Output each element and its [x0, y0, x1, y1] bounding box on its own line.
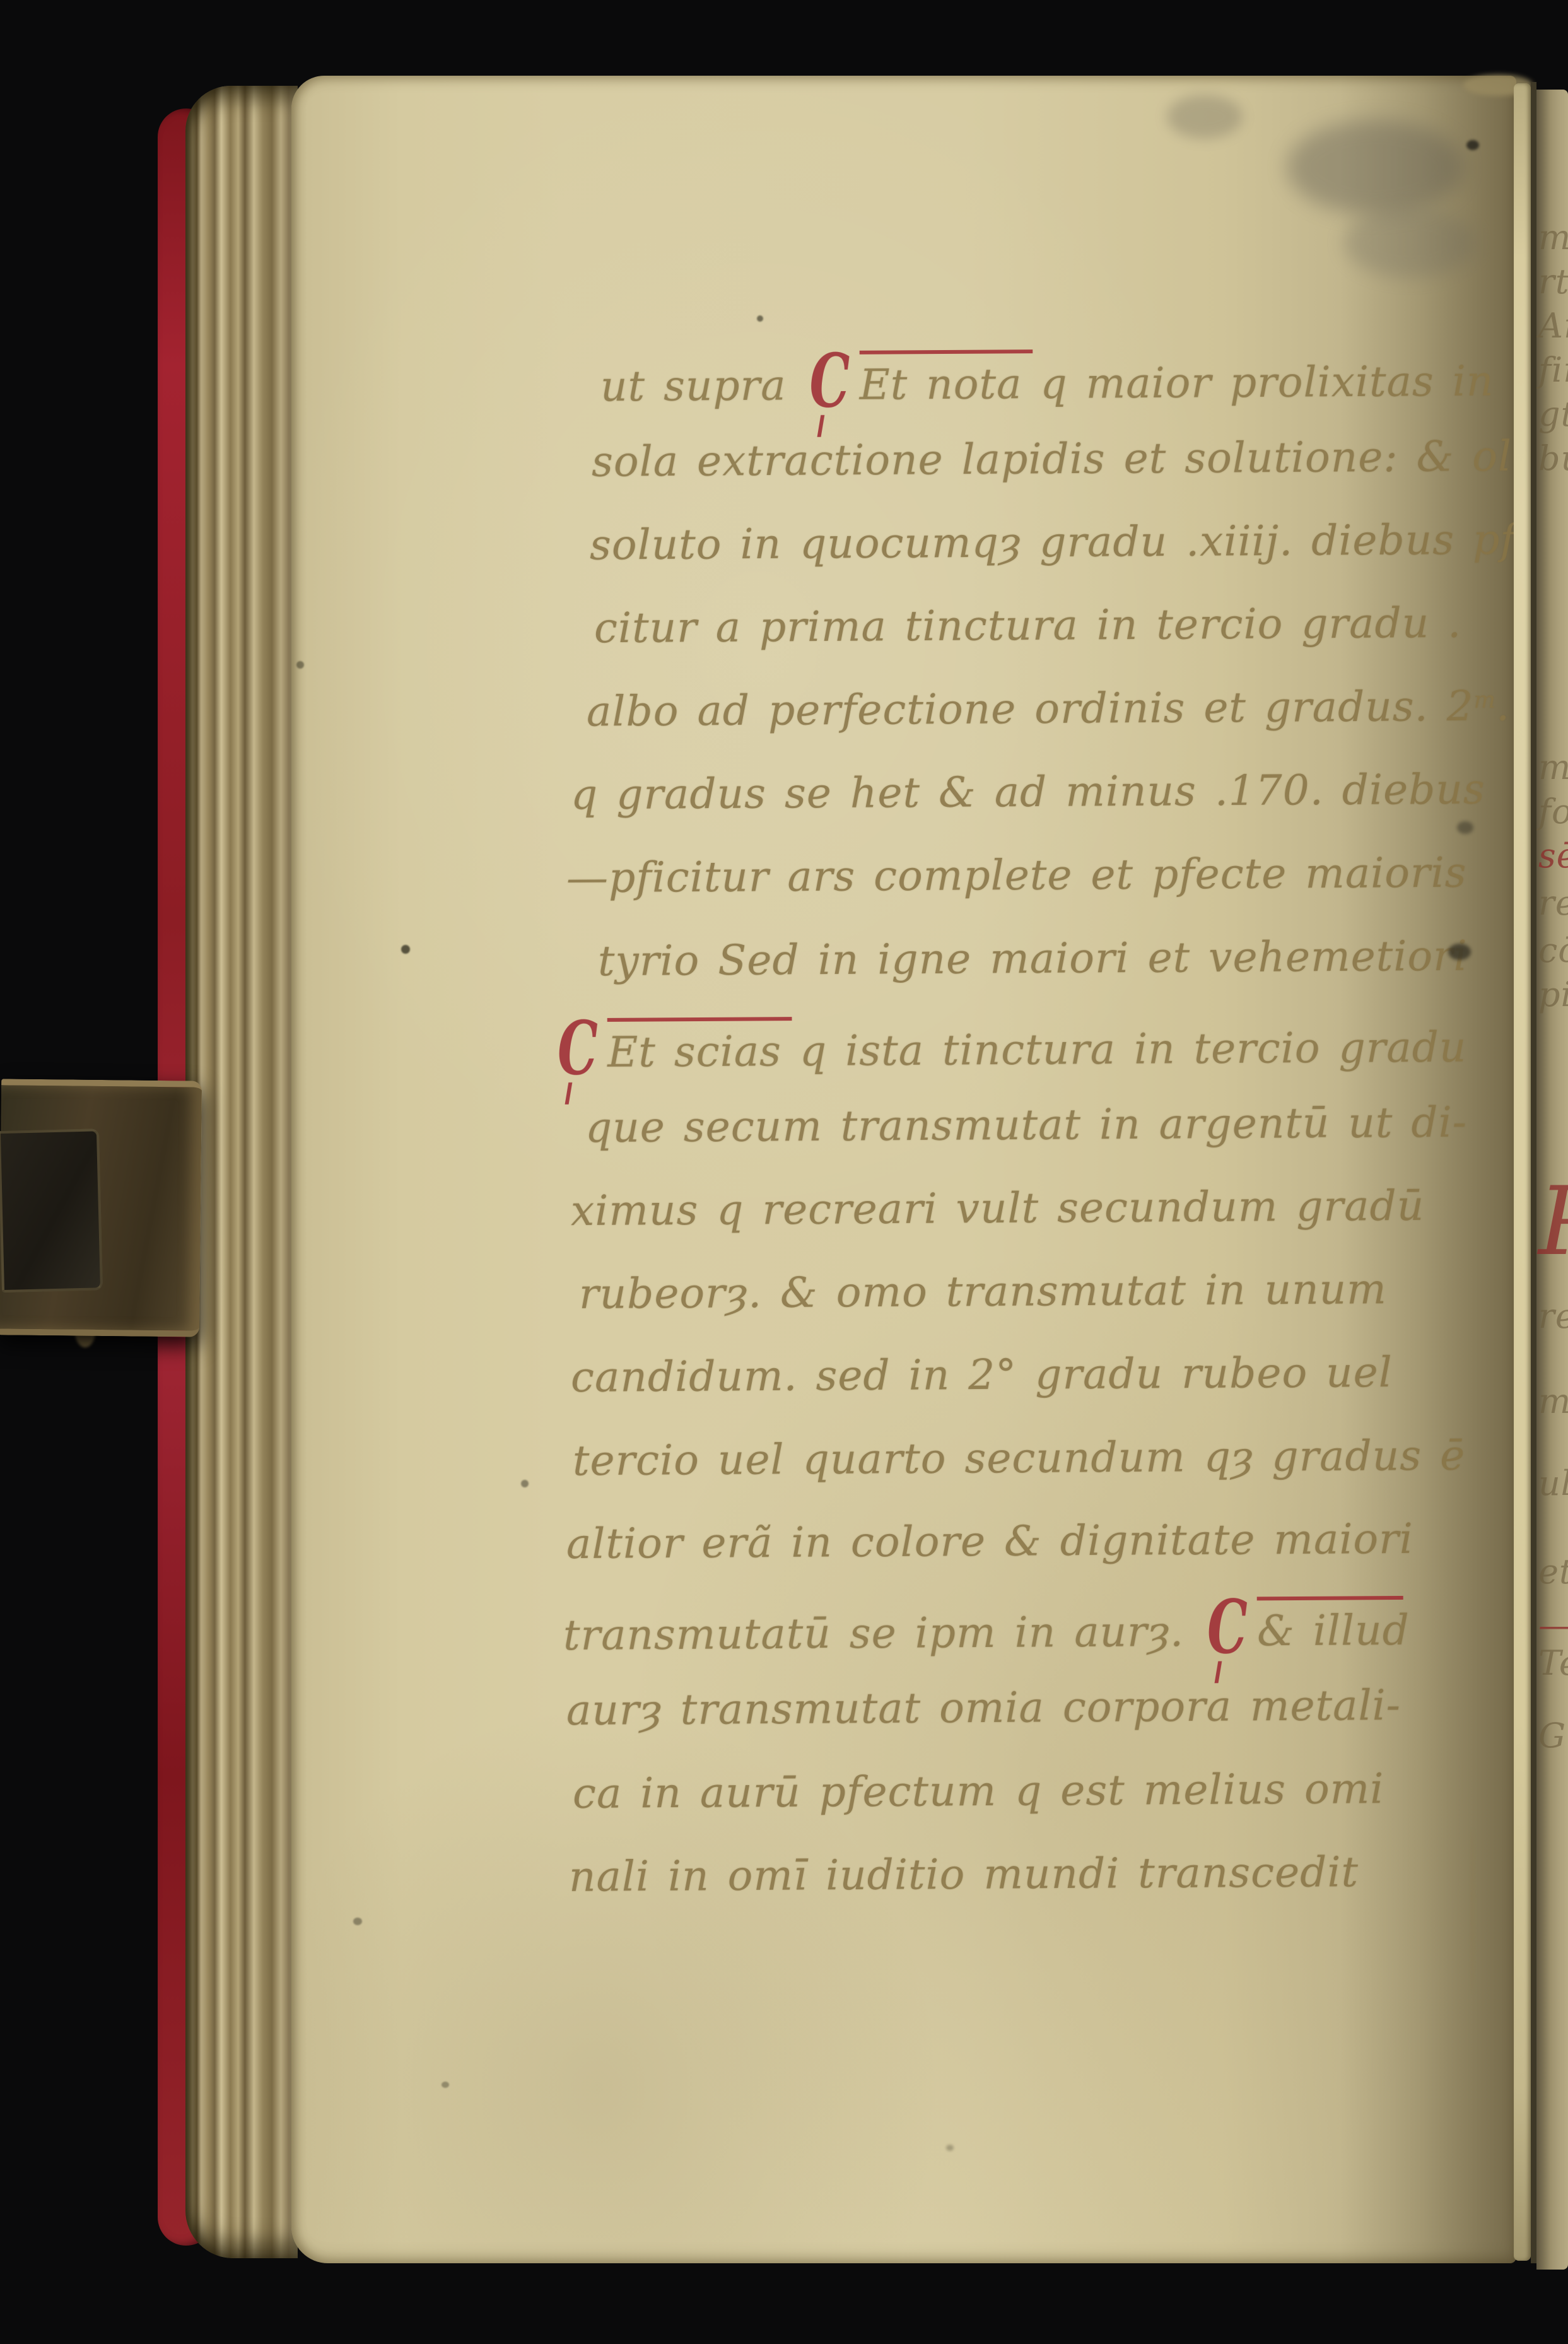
page-edge-highlight — [1514, 83, 1531, 2261]
parchment-blemish — [1466, 140, 1479, 150]
text-segment: Et nota — [859, 349, 1040, 409]
facing-page-text-fragment: Amte — [1538, 306, 1568, 346]
text-segment: sola extractione lapidis et solutione: &… — [592, 431, 1563, 486]
text-segment: m — [1473, 686, 1496, 713]
text-segment: soluto in quocumqȝ gradu .xiiij. diebus … — [590, 515, 1545, 569]
manuscript-line: albo ad perfectione ordinis et gradus. 2… — [587, 686, 1510, 733]
manuscript-line: q gradus se het & ad minus .170. diebus — [571, 769, 1485, 816]
facing-page-text-fragment: uluēta — [1538, 1463, 1568, 1503]
facing-page-text-fragment: redor, — [1538, 883, 1568, 923]
parchment-blemish — [1457, 821, 1473, 834]
text-block: ut supra CEt nota q maior prolixitas ins… — [0, 0, 1568, 2344]
rubric-paraph-mark: C — [1207, 1591, 1249, 1665]
text-segment: Et scias — [607, 1017, 800, 1077]
manuscript-line: ut supra CEt nota q maior prolixitas in — [600, 353, 1494, 409]
text-segment: tercio uel quarto secundum qȝ gradus ē — [573, 1431, 1466, 1486]
facing-page-text-fragment: Teruis — [1538, 1643, 1568, 1683]
facing-page-text-fragment: fins — [1538, 350, 1568, 390]
manuscript-line: sola extractione lapidis et solutione: &… — [592, 435, 1563, 483]
manuscript-line: CEt scias q ista tinctura in tercio grad… — [553, 1019, 1467, 1075]
manuscript-line: nali in omī iuditio mundi transcedit — [569, 1851, 1359, 1898]
facing-page-text-fragment: rt h — [1538, 262, 1568, 302]
text-segment: albo ad perfectione ordinis et gradus. 2 — [587, 682, 1474, 736]
manuscript-line: que secum transmutat in argentū ut di- — [585, 1102, 1467, 1149]
manuscript-line: candidum. sed in 2° gradu rubeo uel — [571, 1352, 1393, 1398]
text-segment: aurȝ transmutat omia corpora metali- — [566, 1681, 1401, 1735]
parchment-blemish — [296, 661, 304, 669]
leather-clasp-strap — [0, 1079, 202, 1337]
text-segment: tyrio Sed in igne maiori et vehemetiori — [598, 932, 1468, 985]
facing-page-text-fragment: sē — [1538, 836, 1568, 876]
manuscript-line: ximus q recreari vult secundum gradū — [571, 1185, 1425, 1232]
manuscript-line: tyrio Sed in igne maiori et vehemetiori — [598, 935, 1468, 982]
manuscript-line: transmutatū se ipm in aurȝ. C& illud — [563, 1602, 1410, 1658]
rubric-paraph-mark: C — [558, 1012, 599, 1086]
photo-black-background: ut supra CEt nota q maior prolixitas ins… — [0, 0, 1568, 2344]
text-segment: q ista tinctura in tercio gradu — [800, 1023, 1467, 1075]
parchment-blemish — [353, 1918, 362, 1925]
text-segment: nali in omī iuditio mundi transcedit — [569, 1848, 1359, 1901]
manuscript-line: citur a prima tinctura in tercio gradu . — [594, 602, 1462, 649]
facing-page-text-fragment: —— — [1538, 1605, 1568, 1645]
facing-page-text-fragment: muas nā — [1538, 1381, 1568, 1421]
parchment-blemish — [1471, 1829, 1475, 1993]
facing-page-text-fragment: P — [1538, 1167, 1568, 1277]
text-segment: —pficitur ars complete et pfecte maioris — [566, 848, 1467, 903]
manuscript-line: aurȝ transmutat omia corpora metali- — [566, 1685, 1401, 1732]
parchment-blemish — [946, 2145, 954, 2151]
text-segment: transmutatū se ipm in aurȝ. — [563, 1607, 1202, 1660]
facing-page-text-fragment: pimila — [1538, 975, 1568, 1014]
text-segment: rubeorȝ. & omo transmutat in unum — [579, 1265, 1387, 1318]
facing-page-text-fragment: et. M. — [1538, 1552, 1568, 1591]
text-segment: ca in aurū pfectum q est melius omi — [573, 1764, 1384, 1818]
text-segment: ximus q recreari vult secundum gradū — [571, 1181, 1425, 1235]
facing-page-text-fragment: but — [1538, 438, 1568, 478]
manuscript-line: —pficitur ars complete et pfecte maioris — [566, 852, 1467, 900]
text-segment: . — [1496, 682, 1510, 730]
text-segment: candidum. sed in 2° gradu rubeo uel — [571, 1348, 1393, 1402]
facing-page-text-fragment: mi — [1538, 747, 1568, 787]
gutter-gap — [1531, 82, 1536, 2263]
parchment-blemish — [401, 945, 410, 954]
text-segment: q maior prolixitas in — [1040, 357, 1494, 408]
facing-page-text-fragment: msn — [1538, 218, 1568, 257]
parchment-blemish — [757, 315, 763, 322]
text-segment: & illud — [1257, 1596, 1410, 1655]
manuscript-line: altior erã in colore & dignitate maiori — [566, 1518, 1413, 1565]
text-segment: citur a prima tinctura in tercio gradu . — [594, 599, 1462, 652]
parchment-blemish — [1448, 944, 1471, 960]
facing-page-text-fragment: regēte — [1538, 1296, 1568, 1336]
parchment-blemish — [1287, 120, 1463, 214]
clasp-strap-patch — [0, 1128, 103, 1292]
rubric-paraph-mark: C — [809, 344, 851, 418]
manuscript-line: tercio uel quarto secundum qȝ gradus ē — [573, 1435, 1466, 1482]
manuscript-line: rubeorȝ. & omo transmutat in unum — [579, 1269, 1387, 1315]
facing-page-text-fragment: Guuli — [1538, 1716, 1568, 1755]
facing-page-sliver: msnrt hAmtefinsgttrbutmifosēredor,cōisso… — [1536, 90, 1568, 2270]
facing-page-text-fragment: cōissor — [1538, 930, 1568, 970]
manuscript-line: soluto in quocumqȝ gradu .xiiij. diebus … — [590, 519, 1545, 566]
parchment-blemish — [1167, 95, 1243, 139]
facing-page-text-fragment: fo — [1538, 792, 1568, 831]
text-segment: q gradus se het & ad minus .170. diebus — [571, 765, 1485, 819]
text-segment: altior erã in colore & dignitate maiori — [566, 1515, 1413, 1568]
parchment-blemish — [1343, 208, 1476, 278]
text-segment: ut supra — [600, 361, 805, 411]
manuscript-line: ca in aurū pfectum q est melius omi — [573, 1768, 1384, 1815]
text-segment: que secum transmutat in argentū ut di- — [585, 1098, 1467, 1152]
parchment-blemish — [521, 1480, 529, 1487]
parchment-blemish — [442, 2082, 449, 2088]
facing-page-text-fragment: gttr — [1538, 394, 1568, 434]
